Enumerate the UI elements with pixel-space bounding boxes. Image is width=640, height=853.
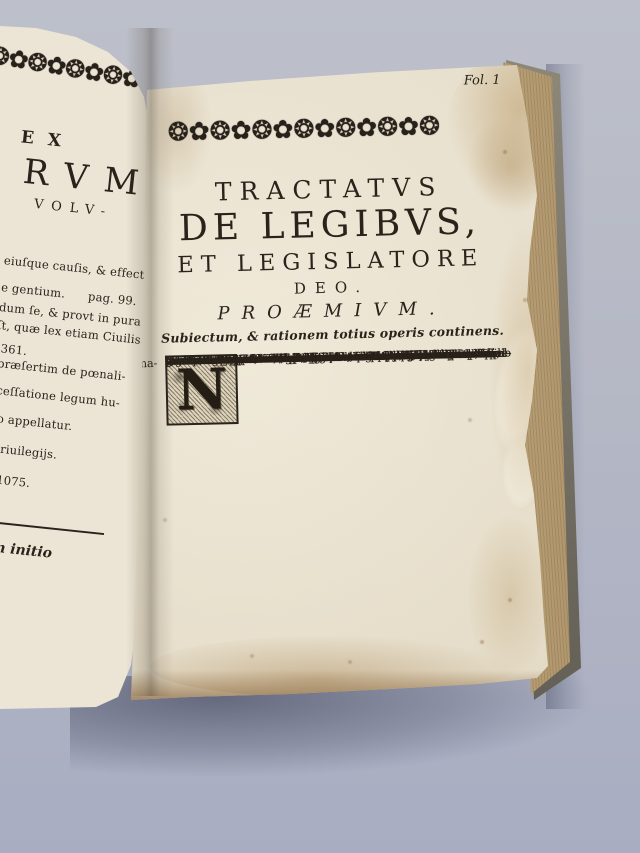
left-title-fragment: VOLV- [33,197,114,220]
index-line: præſertim de pœnali- [0,356,126,383]
headpiece-ornament-band: ❂✿❂✿❂✿❂✿❂✿❂✿❂ ❂✿❂✿❂✿❂✿❂✿❂✿❂ [167,111,505,119]
book-title-line: DE LEGIBVS, [154,201,507,250]
chapter-argument: Subiectum, & rationem totius operis cont… [156,323,508,346]
signature-mark: A [387,350,396,364]
index-line: g. 1075. [0,471,31,490]
folio-number: Fol. 1 [420,73,500,90]
index-line: 361. [0,341,28,358]
ornament-row-icon: ❂✿❂✿❂✿❂✿❂✿❂✿❂ [167,112,440,145]
section-rule [0,520,104,535]
index-line: do appellatur. [0,410,73,433]
book-title-line: ET LEGISLATORE [155,245,508,279]
gutter-crease [126,28,174,696]
index-line: ceſſatione legum hu- [0,383,121,410]
index-line: Priuilegijs. [0,441,58,462]
left-title-fragment: EX [20,127,76,153]
book-photo: ❂✿❂✿❂✿❂✿❂✿❂✿❂ ❂✿❂✿❂✿❂✿❂✿❂✿❂ EX RVM. VOLV… [0,0,640,853]
section-heading: PROÆMIVM. [156,297,508,326]
left-footer-line: in initio [0,539,53,561]
body-line: rectitudine poſita eſt, quæ morum rectit… [165,347,511,369]
right-page-print: Fol. 1 ❂✿❂✿❂✿❂✿❂✿❂✿❂ ❂✿❂✿❂✿❂✿❂✿❂✿❂ TRACT… [150,50,537,719]
body-text: N V L L I mirum videri debet, ſi homini … [165,346,521,684]
